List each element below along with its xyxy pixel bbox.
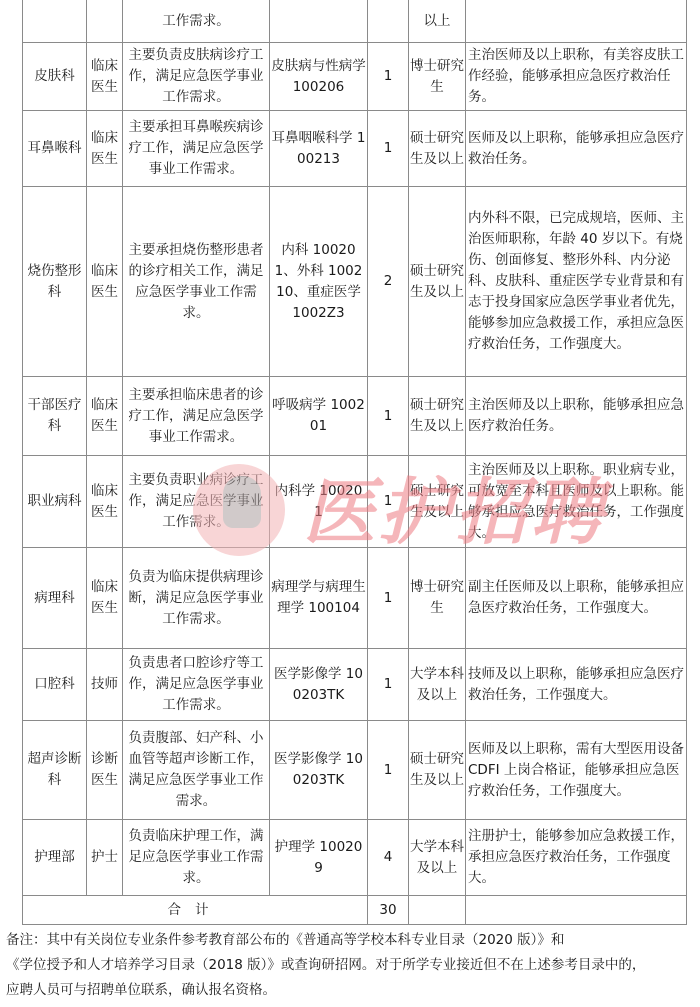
major-cell: 医学影像学 100203TK bbox=[270, 721, 368, 820]
role-cell bbox=[87, 0, 123, 43]
table-row: 超声诊断科 诊断医生 负责腹部、妇产科、小血管等超声诊断工作，满足应急医学事业工… bbox=[23, 721, 687, 820]
table-row: 耳鼻喉科 临床医生 主要承担耳鼻喉疾病诊疗工作，满足应急医学事业工作需求。 耳鼻… bbox=[23, 111, 687, 187]
footnote-line: 应聘人员可与招聘单位联系，确认报名资格。 bbox=[6, 978, 696, 1003]
table-row: 病理科 临床医生 负责为临床提供病理诊断，满足应急医学事业工作需求。 病理学与病… bbox=[23, 548, 687, 649]
duty-cell: 负责腹部、妇产科、小血管等超声诊断工作，满足应急医学事业工作需求。 bbox=[123, 721, 270, 820]
duty-cell: 主要负责皮肤病诊疗工作，满足应急医学事业工作需求。 bbox=[123, 43, 270, 111]
table-row: 皮肤科 临床医生 主要负责皮肤病诊疗工作，满足应急医学事业工作需求。 皮肤病与性… bbox=[23, 43, 687, 111]
footnote-line: 《学位授予和人才培养学习目录（2018 版）》或查询研招网。对于所学专业接近但不… bbox=[6, 953, 696, 978]
table-row: 干部医疗科 临床医生 主要承担临床患者的诊疗工作，满足应急医学事业工作需求。 呼… bbox=[23, 377, 687, 456]
role-cell: 临床医生 bbox=[87, 548, 123, 649]
table-row: 口腔科 技师 负责患者口腔诊疗等工作，满足应急医学事业工作需求。 医学影像学 1… bbox=[23, 649, 687, 721]
req-cell: 主治医师及以上职称。职业病专业，可放宽至本科且医师及以上职称。能够承担应急医疗救… bbox=[466, 456, 687, 548]
dept-cell: 职业病科 bbox=[23, 456, 87, 548]
table-row: 烧伤整形科 临床医生 主要承担烧伤整形患者的诊疗相关工作，满足应急医学事业工作需… bbox=[23, 187, 687, 377]
req-cell: 主治医师及以上职称，能够承担应急医疗救治任务。 bbox=[466, 377, 687, 456]
job-positions-table: 工作需求。 以上 皮肤科 临床医生 主要负责皮肤病诊疗工作，满足应急医学事业工作… bbox=[22, 0, 687, 925]
major-cell: 护理学 100209 bbox=[270, 820, 368, 896]
total-label: 合计 bbox=[23, 896, 368, 925]
dept-cell: 口腔科 bbox=[23, 649, 87, 721]
role-cell: 技师 bbox=[87, 649, 123, 721]
table-row: 工作需求。 以上 bbox=[23, 0, 687, 43]
total-empty-cell bbox=[466, 896, 687, 925]
dept-cell: 皮肤科 bbox=[23, 43, 87, 111]
dept-cell: 超声诊断科 bbox=[23, 721, 87, 820]
edu-cell: 硕士研究生及以上 bbox=[409, 111, 466, 187]
edu-cell: 硕士研究生及以上 bbox=[409, 456, 466, 548]
role-cell: 护士 bbox=[87, 820, 123, 896]
count-cell: 1 bbox=[368, 456, 409, 548]
edu-cell: 大学本科及以上 bbox=[409, 820, 466, 896]
duty-cell: 主要负责职业病诊疗工作，满足应急医学事业工作需求。 bbox=[123, 456, 270, 548]
count-cell: 2 bbox=[368, 187, 409, 377]
count-cell: 1 bbox=[368, 649, 409, 721]
dept-cell: 护理部 bbox=[23, 820, 87, 896]
duty-cell: 负责患者口腔诊疗等工作，满足应急医学事业工作需求。 bbox=[123, 649, 270, 721]
footnote: 备注：其中有关岗位专业条件参考教育部公布的《普通高等学校本科专业目录（2020 … bbox=[6, 928, 696, 1003]
edu-cell: 大学本科及以上 bbox=[409, 649, 466, 721]
role-cell: 临床医生 bbox=[87, 111, 123, 187]
req-cell: 主治医师及以上职称，有美容皮肤工作经验，能够承担应急医疗救治任务。 bbox=[466, 43, 687, 111]
req-cell bbox=[466, 0, 687, 43]
duty-cell: 主要承担烧伤整形患者的诊疗相关工作，满足应急医学事业工作需求。 bbox=[123, 187, 270, 377]
role-cell: 临床医生 bbox=[87, 43, 123, 111]
duty-cell: 主要承担临床患者的诊疗工作，满足应急医学事业工作需求。 bbox=[123, 377, 270, 456]
count-cell: 1 bbox=[368, 548, 409, 649]
count-cell: 1 bbox=[368, 111, 409, 187]
dept-cell: 病理科 bbox=[23, 548, 87, 649]
major-cell: 耳鼻咽喉科学 100213 bbox=[270, 111, 368, 187]
count-cell: 1 bbox=[368, 721, 409, 820]
dept-cell: 耳鼻喉科 bbox=[23, 111, 87, 187]
count-cell: 4 bbox=[368, 820, 409, 896]
req-cell: 内外科不限，已完成规培，医师、主治医师职称，年龄 40 岁以下。有烧伤、创面修复… bbox=[466, 187, 687, 377]
duty-cell: 负责临床护理工作，满足应急医学事业工作需求。 bbox=[123, 820, 270, 896]
major-cell: 呼吸病学 100201 bbox=[270, 377, 368, 456]
major-cell: 皮肤病与性病学 100206 bbox=[270, 43, 368, 111]
major-cell bbox=[270, 0, 368, 43]
dept-cell: 烧伤整形科 bbox=[23, 187, 87, 377]
duty-cell: 主要承担耳鼻喉疾病诊疗工作，满足应急医学事业工作需求。 bbox=[123, 111, 270, 187]
req-cell: 副主任医师及以上职称，能够承担应急医疗救治任务，工作强度大。 bbox=[466, 548, 687, 649]
total-empty-cell bbox=[409, 896, 466, 925]
table-row: 职业病科 临床医生 主要负责职业病诊疗工作，满足应急医学事业工作需求。 内科学 … bbox=[23, 456, 687, 548]
req-cell: 技师及以上职称，能够承担应急医疗救治任务，工作强度大。 bbox=[466, 649, 687, 721]
role-cell: 诊断医生 bbox=[87, 721, 123, 820]
count-cell: 1 bbox=[368, 43, 409, 111]
edu-cell: 硕士研究生及以上 bbox=[409, 721, 466, 820]
req-cell: 医师及以上职称，需有大型医用设备 CDFI 上岗合格证，能够承担应急医疗救治任务… bbox=[466, 721, 687, 820]
major-cell: 内科 100201、外科 100210、重症医学 1002Z3 bbox=[270, 187, 368, 377]
total-row: 合计 30 bbox=[23, 896, 687, 925]
edu-cell: 硕士研究生及以上 bbox=[409, 377, 466, 456]
duty-cell: 负责为临床提供病理诊断，满足应急医学事业工作需求。 bbox=[123, 548, 270, 649]
req-cell: 注册护士，能够参加应急救援工作，承担应急医疗救治任务，工作强度大。 bbox=[466, 820, 687, 896]
count-cell: 1 bbox=[368, 377, 409, 456]
edu-cell: 博士研究生 bbox=[409, 43, 466, 111]
dept-cell bbox=[23, 0, 87, 43]
major-cell: 病理学与病理生理学 100104 bbox=[270, 548, 368, 649]
edu-cell: 硕士研究生及以上 bbox=[409, 187, 466, 377]
footnote-line: 备注：其中有关岗位专业条件参考教育部公布的《普通高等学校本科专业目录（2020 … bbox=[6, 928, 696, 953]
total-value: 30 bbox=[368, 896, 409, 925]
count-cell bbox=[368, 0, 409, 43]
major-cell: 内科学 100201 bbox=[270, 456, 368, 548]
table-row: 护理部 护士 负责临床护理工作，满足应急医学事业工作需求。 护理学 100209… bbox=[23, 820, 687, 896]
edu-cell: 以上 bbox=[409, 0, 466, 43]
dept-cell: 干部医疗科 bbox=[23, 377, 87, 456]
role-cell: 临床医生 bbox=[87, 377, 123, 456]
edu-cell: 博士研究生 bbox=[409, 548, 466, 649]
req-cell: 医师及以上职称，能够承担应急医疗救治任务。 bbox=[466, 111, 687, 187]
duty-cell: 工作需求。 bbox=[123, 0, 270, 43]
role-cell: 临床医生 bbox=[87, 187, 123, 377]
role-cell: 临床医生 bbox=[87, 456, 123, 548]
major-cell: 医学影像学 100203TK bbox=[270, 649, 368, 721]
